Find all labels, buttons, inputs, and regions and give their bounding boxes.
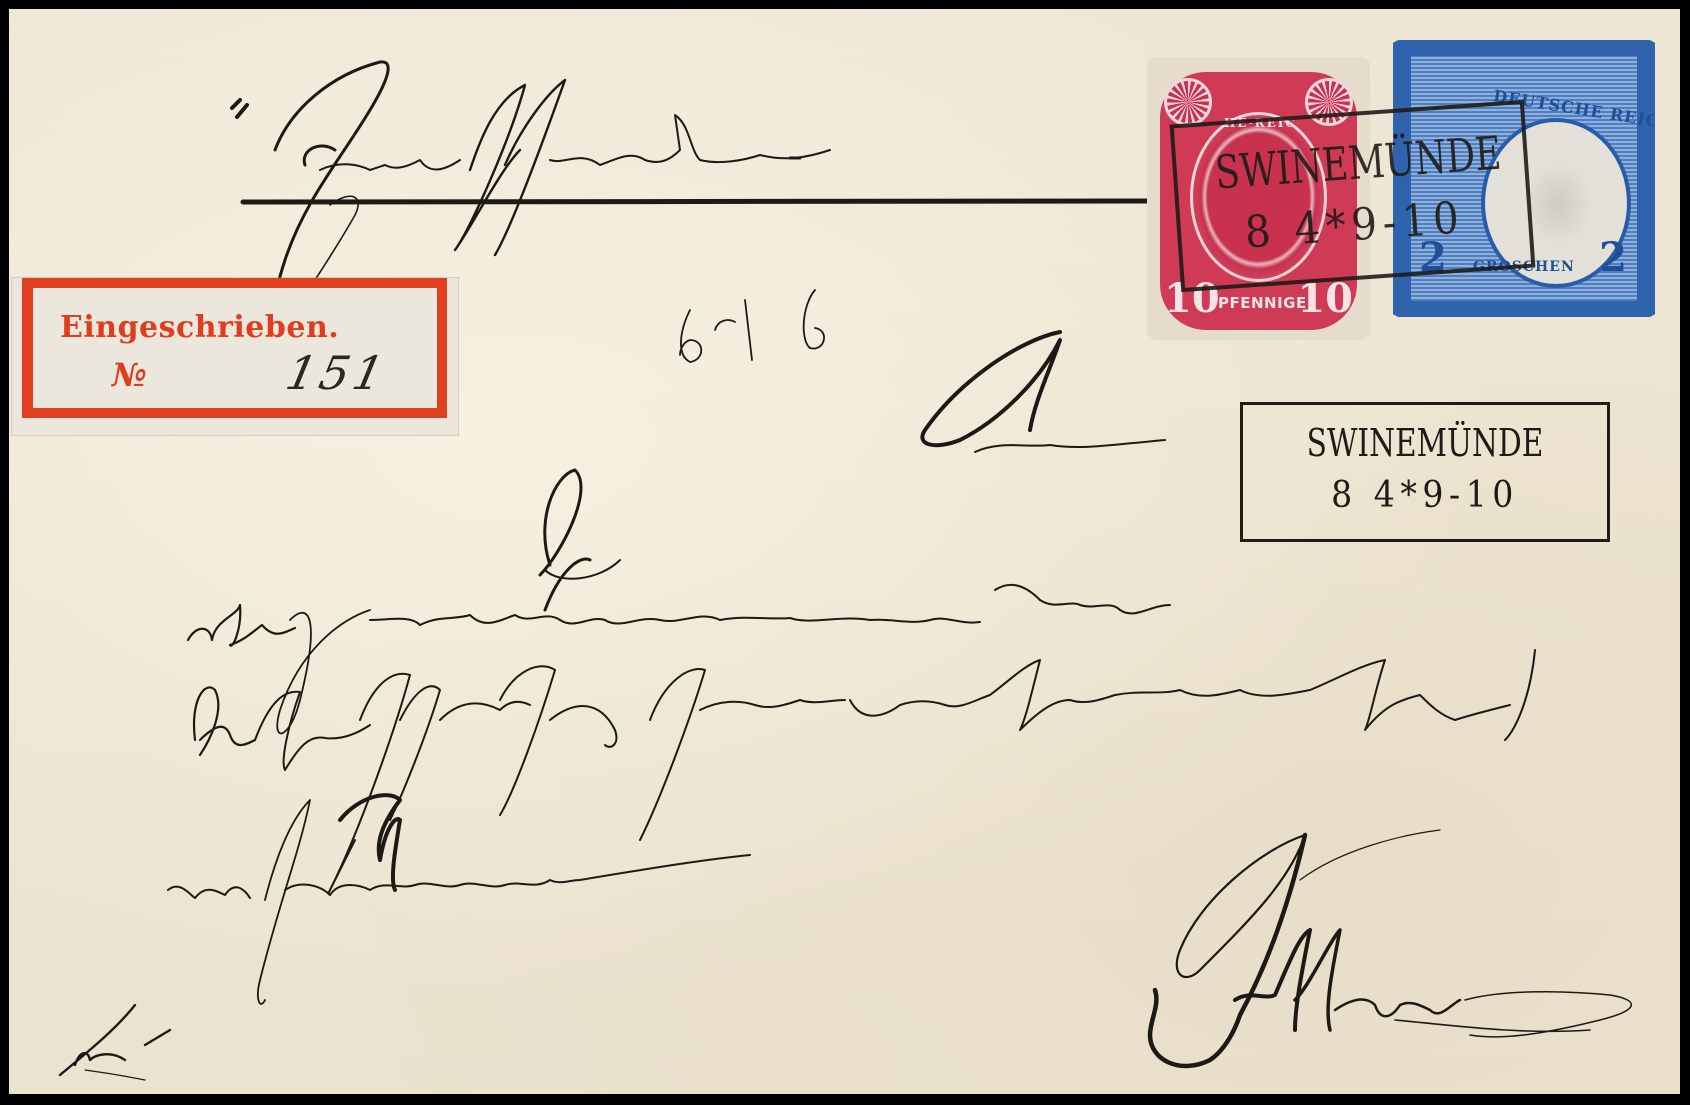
registration-number-label: № bbox=[112, 356, 147, 394]
postmark-standalone: SWINEMÜNDE 8 4*9-10 bbox=[1240, 402, 1610, 542]
stamp-denomination: PFENNIGE bbox=[1218, 294, 1307, 312]
postmark-date: 8 4*9-10 bbox=[1258, 475, 1593, 516]
registration-label-title: Eingeschrieben. bbox=[60, 310, 339, 345]
stamp-value-right: 2 bbox=[1599, 234, 1627, 281]
eagle-emblem-icon bbox=[1523, 162, 1593, 246]
postmark-date: 8 4*9-10 bbox=[1194, 189, 1516, 262]
postmark-town: SWINEMÜNDE bbox=[1283, 421, 1567, 465]
registration-label: Eingeschrieben. № 151 bbox=[12, 278, 458, 435]
registration-number-value: 151 bbox=[281, 346, 392, 400]
postmark-on-stamps: SWINEMÜNDE 8 4*9-10 bbox=[1170, 100, 1536, 292]
postmark-town: SWINEMÜNDE bbox=[1213, 127, 1487, 200]
rosette-ornament-icon bbox=[1164, 78, 1212, 126]
